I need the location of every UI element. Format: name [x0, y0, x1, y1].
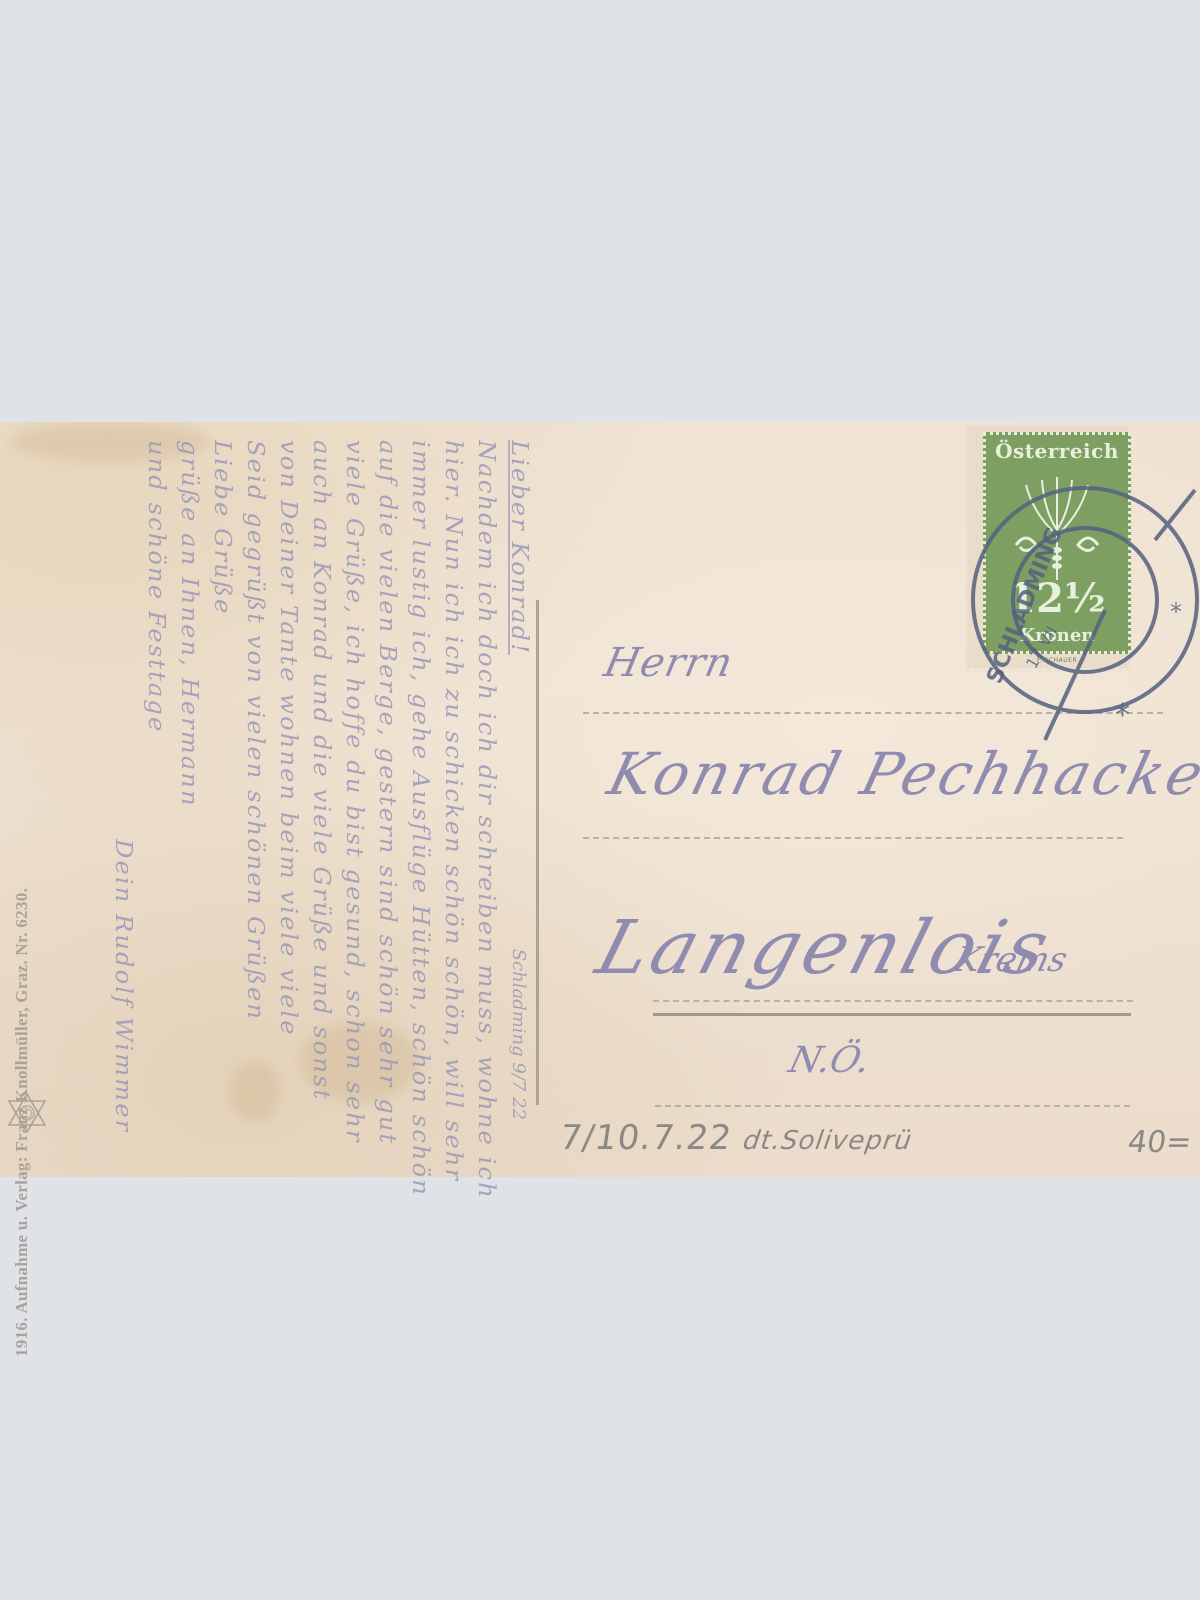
card-divider-line: [536, 600, 539, 1105]
message-line: hier. Nun ich ich zu schicken schön schö…: [436, 440, 469, 1133]
publisher-imprint: 1916. Aufnahme u. Verlag: Franz Knollmül…: [12, 657, 32, 1357]
stamp-country: Österreich: [986, 439, 1128, 463]
stamp-designer: F. SCHAUER: [983, 657, 1131, 664]
message-line: und schöne Festtage: [139, 440, 172, 1133]
recipient-name: Konrad Pechhacker: [602, 740, 1200, 808]
handwritten-message: Lieber Konrad! Nachdem ich doch ich dir …: [65, 440, 535, 1100]
message-date-note: Schladming 9/7 22: [502, 949, 535, 1120]
publisher-logo-icon: [6, 1092, 48, 1134]
message-line: von Deiner Tante wohnen beim viele viele: [271, 440, 304, 1133]
pencil-price: 40=: [1126, 1125, 1194, 1160]
message-line: grüße an Ihnen, Hermann: [172, 440, 205, 1133]
postage-stamp: Österreich 12½ Kronen F. SCHAUER: [963, 422, 1133, 672]
recipient-state: N.Ö.: [785, 1040, 875, 1081]
stamp-unit: Kronen: [986, 625, 1128, 646]
message-line: Nachdem ich doch ich dir schreiben muss,…: [469, 440, 502, 1133]
recipient-district: Krems: [950, 940, 1071, 980]
address-line-1: [583, 712, 1163, 714]
message-line: Liebe Grüße: [205, 440, 238, 1133]
stamp-value: 12½: [986, 575, 1128, 622]
pencil-note: dt.Soliveprü: [741, 1126, 914, 1156]
address-salutation: Herrn: [600, 640, 737, 686]
pencil-catalog-note: 7/10.7.22 dt.Soliveprü: [557, 1118, 915, 1158]
message-line: viele Grüße, ich hoffe du bist gesund, s…: [337, 440, 370, 1133]
message-line: Seid gegrüßt von vielen schönen Grüßen: [238, 440, 271, 1133]
address-solid-underline: [653, 1013, 1131, 1016]
message-line: immer lustig ich, gehe Ausflüge Hütten, …: [403, 440, 436, 1133]
stamp-face: Österreich 12½ Kronen: [983, 432, 1131, 654]
pencil-date: 7/10.7.22: [557, 1118, 734, 1158]
wheat-sheaf-icon: [1014, 475, 1100, 585]
address-line-3: [653, 1000, 1133, 1002]
address-line-2: [583, 837, 1123, 839]
address-line-4: [655, 1105, 1130, 1107]
message-line: auch an Konrad und die viele Grüße und s…: [304, 440, 337, 1133]
message-signoff: Dein Rudolf Wimmer: [106, 440, 139, 1133]
message-line: auf die vielen Berge, gestern sind schön…: [370, 440, 403, 1133]
